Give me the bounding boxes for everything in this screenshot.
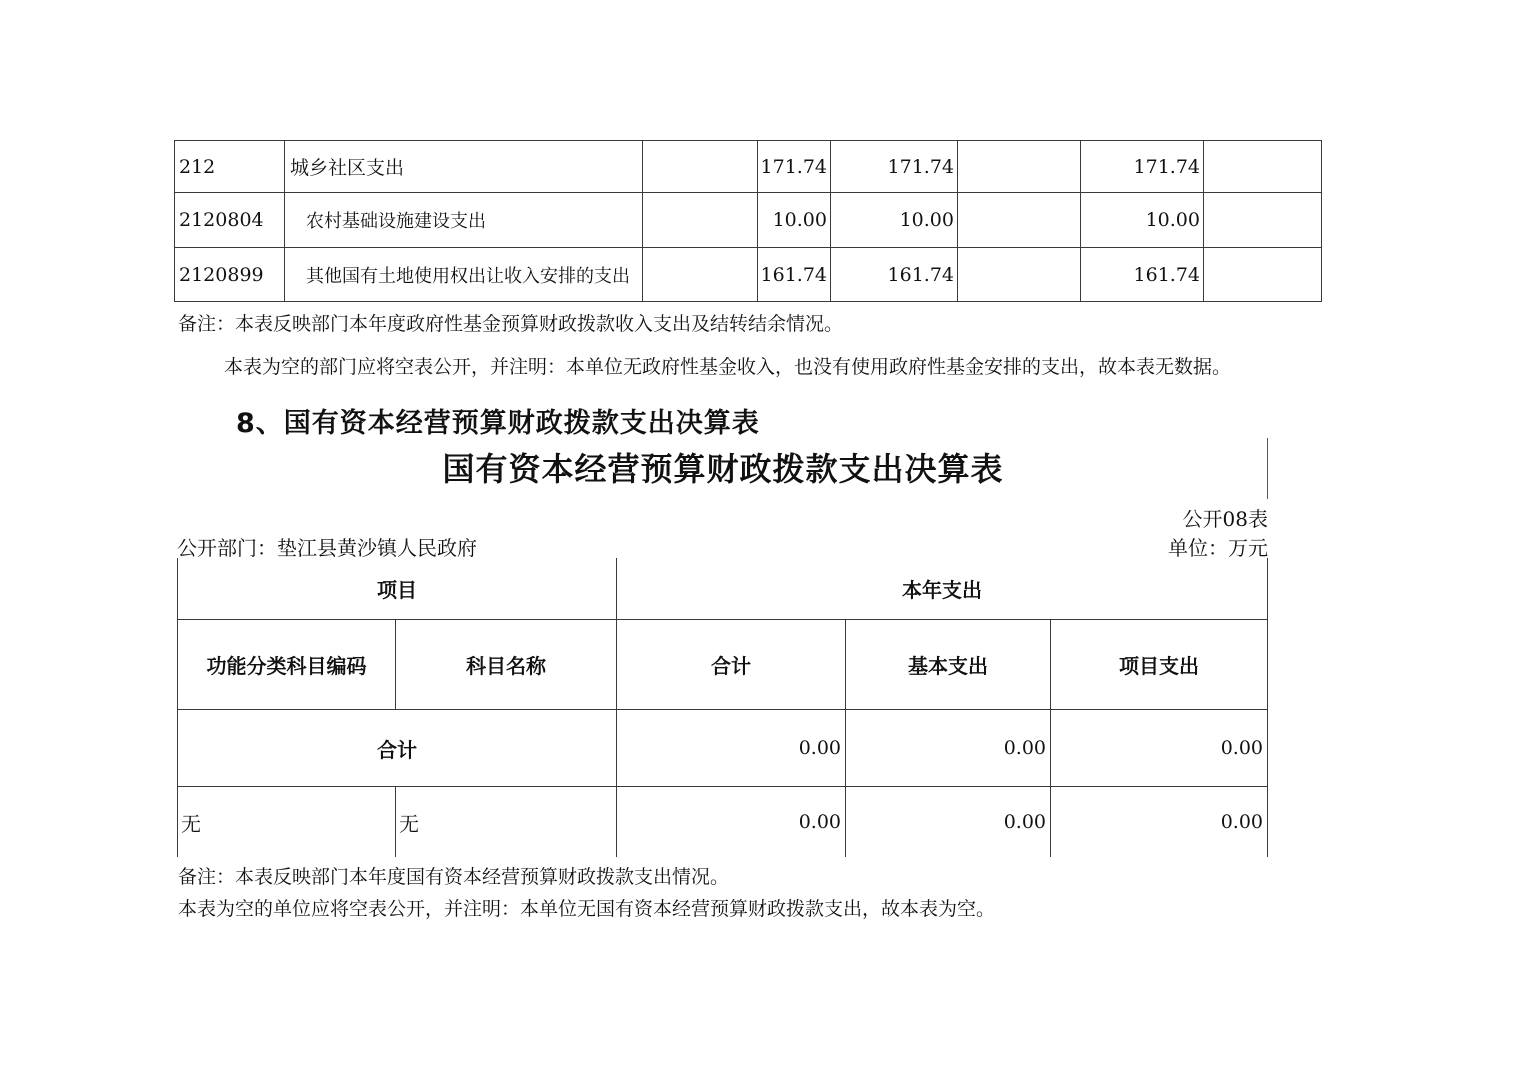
note-state-capital-line1: 备注：本表反映部门本年度国有资本经营预算财政拨款支出情况。 [178,866,729,888]
document-page: 212 城乡社区支出 171.74 171.74 171.74 2120804 … [0,0,1520,1074]
value-cell: 0.00 [617,710,846,787]
note-gov-fund-line1: 备注：本表反映部门本年度政府性基金预算财政拨款收入支出及结转结余情况。 [178,313,843,335]
value-cell: 161.74 [758,248,831,302]
data-row: 无 无 0.00 0.00 0.00 [177,787,1269,857]
empty-cell [958,193,1081,248]
subject-name-cell: 城乡社区支出 [285,141,643,193]
unit-label: 单位：万元 [1168,532,1268,561]
value-cell: 0.00 [1051,710,1268,787]
header-cell-current-year: 本年支出 [617,558,1268,620]
name-cell: 无 [396,787,617,857]
report-title: 国有资本经营预算财政拨款支出决算表 [177,444,1269,490]
empty-cell [1204,248,1322,302]
total-row: 合计 0.00 0.00 0.00 [177,710,1269,787]
state-capital-table: 项目 本年支出 功能分类科目编码 科目名称 合计 基本支出 项目支出 合计 0.… [177,558,1269,857]
table-row: 212 城乡社区支出 171.74 171.74 171.74 [175,141,1322,193]
table-row: 2120804 农村基础设施建设支出 10.00 10.00 10.00 [175,193,1322,248]
header-group-row: 项目 本年支出 [177,558,1269,620]
note-state-capital-line2: 本表为空的单位应将空表公开，并注明：本单位无国有资本经营预算财政拨款支出，故本表… [178,898,995,920]
empty-cell [1204,141,1322,193]
empty-cell [643,248,758,302]
value-cell: 0.00 [1051,787,1268,857]
value-cell: 0.00 [846,710,1051,787]
value-cell: 0.00 [617,787,846,857]
header-row: 功能分类科目编码 科目名称 合计 基本支出 项目支出 [177,620,1269,710]
value-cell: 161.74 [831,248,958,302]
report-meta-row: 公开部门：垫江县黄沙镇人民政府 单位：万元 [177,532,1268,561]
empty-cell [958,141,1081,193]
table-number-label: 公开08表 [177,503,1268,532]
value-cell: 171.74 [831,141,958,193]
header-cell-basic: 基本支出 [846,620,1051,710]
value-cell: 171.74 [758,141,831,193]
note-gov-fund-line2: 本表为空的部门应将空表公开，并注明：本单位无政府性基金收入，也没有使用政府性基金… [224,356,1231,378]
header-cell-code: 功能分类科目编码 [177,620,396,710]
empty-cell [958,248,1081,302]
grid-remnant-line [1267,438,1268,499]
empty-cell [1204,193,1322,248]
subject-code-cell: 2120899 [175,248,285,302]
empty-cell [643,141,758,193]
gov-fund-table: 212 城乡社区支出 171.74 171.74 171.74 2120804 … [174,140,1322,302]
subject-code-cell: 2120804 [175,193,285,248]
total-label-cell: 合计 [177,710,617,787]
value-cell: 10.00 [1081,193,1204,248]
code-cell: 无 [177,787,396,857]
value-cell: 10.00 [758,193,831,248]
subject-code-cell: 212 [175,141,285,193]
value-cell: 171.74 [1081,141,1204,193]
empty-cell [643,193,758,248]
subject-name-cell: 其他国有土地使用权出让收入安排的支出 [285,248,643,302]
section-heading: 8、国有资本经营预算财政拨款支出决算表 [236,401,760,440]
header-cell-name: 科目名称 [396,620,617,710]
table-row: 2120899 其他国有土地使用权出让收入安排的支出 161.74 161.74… [175,248,1322,302]
header-cell-project: 项目 [177,558,617,620]
value-cell: 0.00 [846,787,1051,857]
value-cell: 10.00 [831,193,958,248]
subject-name-cell: 农村基础设施建设支出 [285,193,643,248]
value-cell: 161.74 [1081,248,1204,302]
header-cell-total: 合计 [617,620,846,710]
department-label: 公开部门：垫江县黄沙镇人民政府 [177,532,477,561]
header-cell-project-exp: 项目支出 [1051,620,1268,710]
